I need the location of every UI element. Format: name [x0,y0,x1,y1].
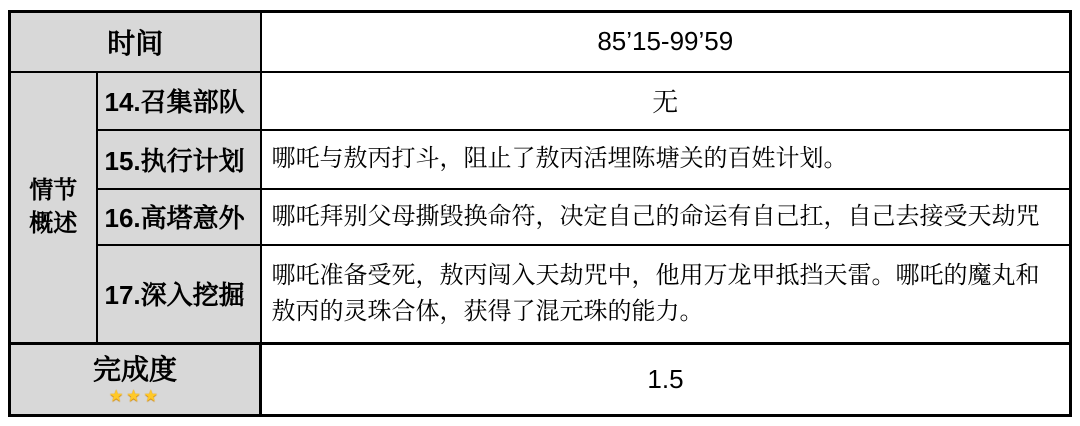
completion-row: 完成度 ★★★ 1.5 [10,344,1071,416]
completion-label: 完成度 [11,354,259,386]
plot-row-17-content: 哪吒准备受死，敖丙闯入天劫咒中，他用万龙甲抵挡天雷。哪吒的魔丸和敖丙的灵珠合体，… [261,245,1071,344]
plot-row-16-label: 16.高塔意外 [97,189,261,245]
plot-row-14-content: 无 [261,72,1071,130]
plot-row-15: 15.执行计划 哪吒与敖丙打斗，阻止了敖丙活埋陈塘关的百姓计划。 [10,130,1071,189]
time-row: 时间 85’15-99’59 [10,12,1071,72]
plot-row-17: 17.深入挖掘 哪吒准备受死，敖丙闯入天劫咒中，他用万龙甲抵挡天雷。哪吒的魔丸和… [10,245,1071,344]
completion-value-cell: 1.5 [261,344,1071,416]
time-value-cell: 85’15-99’59 [261,12,1071,72]
section-header-label: 情节概述 [29,174,77,241]
plot-row-17-label: 17.深入挖掘 [97,245,261,344]
plot-row-15-content: 哪吒与敖丙打斗，阻止了敖丙活埋陈塘关的百姓计划。 [261,130,1071,189]
completion-header-cell: 完成度 ★★★ [10,344,261,416]
time-header-cell: 时间 [10,12,261,72]
plot-row-16-content: 哪吒拜别父母撕毁换命符，决定自己的命运有自己扛，自己去接受天劫咒 [261,189,1071,245]
section-header-cell: 情节概述 [10,72,97,344]
document-page: 时间 85’15-99’59 情节概述 14.召集部队 无 15.执行计划 哪吒… [0,0,1080,426]
plot-row-15-label: 15.执行计划 [97,130,261,189]
plot-row-14: 情节概述 14.召集部队 无 [10,72,1071,130]
plot-row-16: 16.高塔意外 哪吒拜别父母撕毁换命符，决定自己的命运有自己扛，自己去接受天劫咒 [10,189,1071,245]
plot-summary-table: 时间 85’15-99’59 情节概述 14.召集部队 无 15.执行计划 哪吒… [8,10,1072,417]
star-rating-icons: ★★★ [11,389,259,405]
plot-row-14-label: 14.召集部队 [97,72,261,130]
